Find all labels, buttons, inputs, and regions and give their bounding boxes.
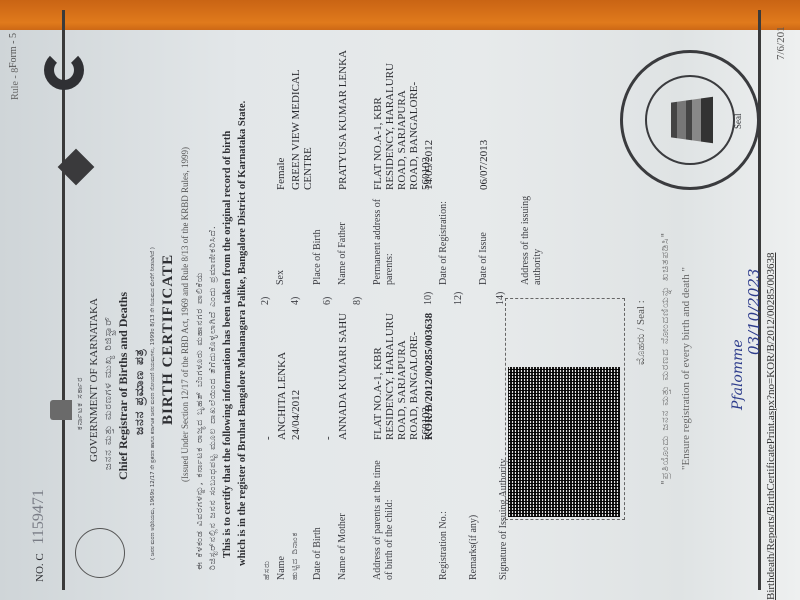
- mother-name: ANNADA KUMARI SAHU: [337, 313, 349, 440]
- qr-code-box: [505, 298, 625, 520]
- qr-code: [508, 367, 620, 517]
- child-name: ANCHITA LENKA: [276, 352, 288, 440]
- handwritten-signature: Pfalomme: [730, 339, 746, 410]
- ebmp-logo-icon: [44, 50, 84, 90]
- frame-rule-top: [62, 10, 65, 590]
- official-seal: Seal: [620, 50, 760, 190]
- footer-slogan: "Ensure registration of every birth and …: [680, 267, 692, 470]
- serial-number: NO. C 1159471: [30, 489, 48, 582]
- registration-number: KOR/B/2012/00285/003638: [423, 313, 435, 440]
- print-url: Birthdeath/Reports/BirthCertificatePrint…: [765, 253, 777, 600]
- issued-under: (Issued Under Section 12/17 of the RBD A…: [180, 147, 190, 482]
- date-of-birth: 24/04/2012: [290, 390, 302, 440]
- certify-line-2: which is in the register of Bruhat Banga…: [237, 101, 248, 566]
- karnataka-emblem-icon: [75, 528, 125, 578]
- handwritten-date: 03/10/2023: [745, 269, 763, 355]
- place-of-birth: GREEN VIEW MEDICAL CENTRE: [290, 60, 314, 190]
- government-heading: GOVERNMENT OF KARNATAKA: [88, 298, 100, 462]
- sex-value: Female: [275, 158, 287, 190]
- ashoka-emblem-icon: [50, 400, 72, 420]
- birth-certificate: NO. C 1159471 Rule - 8 Form - 5 ಕರ್ನಾಟಕ …: [0, 0, 800, 600]
- registrar-heading: Chief Registrar of Births and Deaths: [116, 292, 131, 480]
- date-of-issue: 06/07/2013: [478, 140, 490, 190]
- certify-line-1: This is to certify that the following in…: [222, 131, 233, 558]
- father-name: PRATYUSA KUMAR LENKA: [337, 50, 349, 190]
- seal-label: ಮೊಹರು / Seal :: [635, 300, 648, 365]
- date-of-registration: 14/05/2012: [423, 140, 435, 190]
- form-label: Form - 5: [8, 33, 19, 68]
- certificate-title: BIRTH CERTIFICATE: [160, 254, 177, 425]
- print-date: 7/6/201: [775, 26, 787, 60]
- form-rule-ref: Rule - 8: [10, 68, 21, 100]
